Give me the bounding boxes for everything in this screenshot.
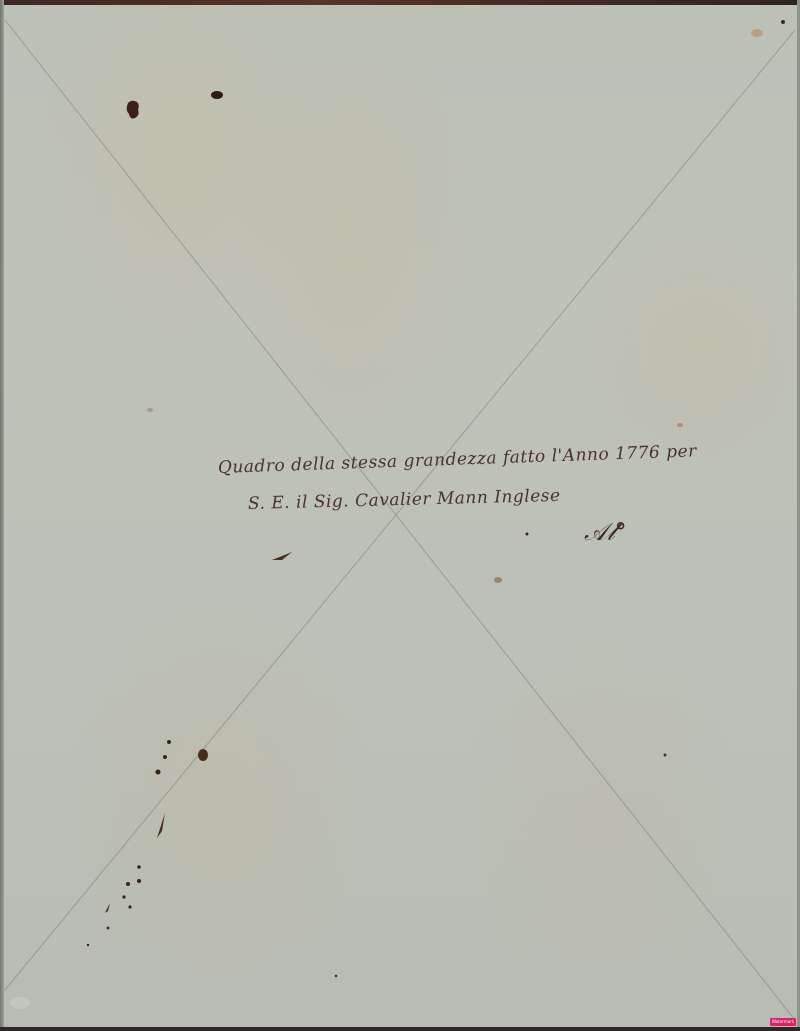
stain-spot	[494, 577, 502, 583]
ink-dot	[526, 533, 529, 536]
ink-blot	[127, 101, 139, 119]
document-sheet: Quadro della stessa grandezza fatto l'An…	[0, 0, 800, 1031]
stain	[147, 408, 153, 412]
signature-mark: 𝒜𝓁°	[584, 518, 627, 546]
corner-watermark-badge: Watermark	[770, 1018, 796, 1026]
stain-dot	[781, 20, 785, 24]
diagonal-line-tl-br	[5, 20, 795, 1020]
sheet-marks	[0, 0, 800, 1031]
stain	[751, 29, 763, 37]
ink-splatter	[198, 749, 208, 761]
ink-mark	[272, 552, 292, 560]
ink-spot	[211, 91, 223, 99]
stain	[677, 423, 683, 427]
